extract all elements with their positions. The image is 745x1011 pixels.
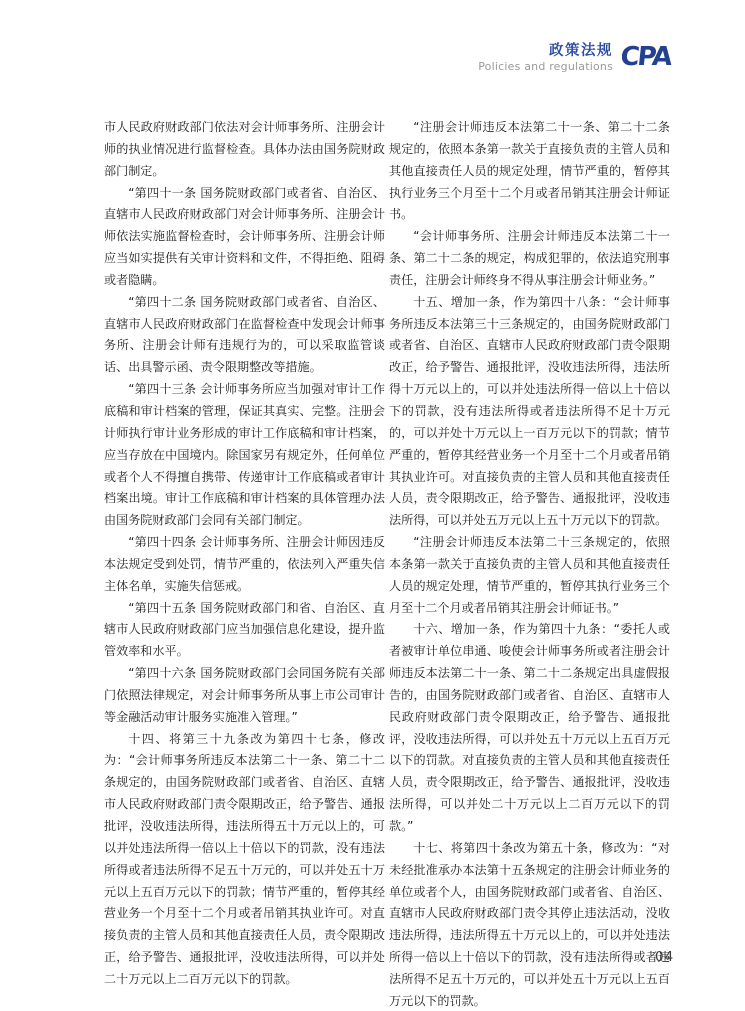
left-column: 市人民政府财政部门依法对会计师事务所、注册会计师的执业情况进行监督检查。具体办法… xyxy=(104,117,385,991)
right-column: “注册会计师违反本法第二十一条、第二十二条规定的，依照本条第一款关于直接负责的主… xyxy=(389,117,670,1011)
svg-text:CPA: CPA xyxy=(622,42,674,70)
page-number: 04 xyxy=(655,949,674,965)
section-title-chinese: 政策法规 xyxy=(478,44,613,59)
paragraph: “第四十六条 国务院财政部门会同国务院有关部门依照法律规定，对会计师事务所从事上… xyxy=(104,663,385,729)
paragraph: 市人民政府财政部门依法对会计师事务所、注册会计师的执业情况进行监督检查。具体办法… xyxy=(104,117,385,183)
cpa-logo-icon: CPA xyxy=(622,42,674,70)
paragraph: “第四十四条 会计师事务所、注册会计师因违反本法规定受到处罚，情节严重的，依法列… xyxy=(104,532,385,598)
page-header: 政策法规 Policies and regulations CPA xyxy=(478,42,674,73)
document-page: 政策法规 Policies and regulations CPA 市人民政府财… xyxy=(0,0,745,1011)
section-title-english: Policies and regulations xyxy=(478,61,613,73)
paragraph: “第四十二条 国务院财政部门或者省、自治区、直辖市人民政府财政部门在监督检查中发… xyxy=(104,292,385,379)
paragraph: “第四十一条 国务院财政部门或者省、自治区、直辖市人民政府财政部门对会计师事务所… xyxy=(104,183,385,292)
header-titles: 政策法规 Policies and regulations xyxy=(478,42,613,73)
paragraph: “第四十五条 国务院财政部门和省、自治区、直辖市人民政府财政部门应当加强信息化建… xyxy=(104,598,385,664)
paragraph: “注册会计师违反本法第二十一条、第二十二条规定的，依照本条第一款关于直接负责的主… xyxy=(389,117,670,226)
paragraph: “注册会计师违反本法第二十三条规定的，依照本条第一款关于直接负责的主管人员和其他… xyxy=(389,532,670,619)
paragraph: “会计师事务所、注册会计师违反本法第二十一条、第二十二条的规定，构成犯罪的，依法… xyxy=(389,226,670,292)
paragraph: “第四十三条 会计师事务所应当加强对审计工作底稿和审计档案的管理，保证其真实、完… xyxy=(104,379,385,532)
paragraph: 十七、将第四十条改为第五十条，修改为：“对未经批准承办本法第十五条规定的注册会计… xyxy=(389,838,670,1011)
paragraph: 十六、增加一条，作为第四十九条：“委托人或者被审计单位串通、唆使会计师事务所或者… xyxy=(389,619,670,837)
paragraph: 十四、将第三十九条改为第四十七条，修改为：“会计师事务所违反本法第二十一条、第二… xyxy=(104,729,385,991)
paragraph: 十五、增加一条，作为第四十八条：“会计师事务所违反本法第三十三条规定的，由国务院… xyxy=(389,292,670,532)
